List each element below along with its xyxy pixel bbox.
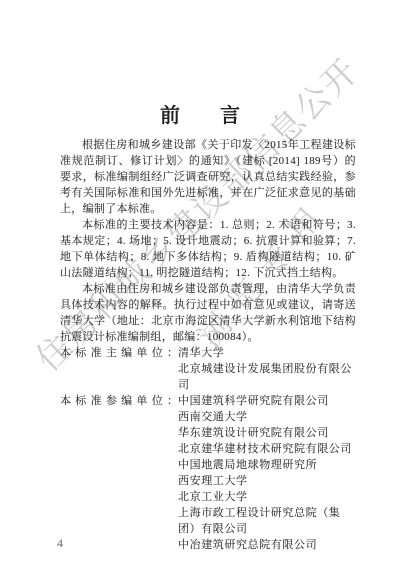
participating-unit-item: 西安理工大学	[178, 473, 356, 489]
chief-unit-item: 清华大学	[178, 345, 356, 361]
document-content: 根据住房和城乡建设部《关于印发〈2015年工程建设标准规范制订、修订计划〉的通知…	[60, 137, 356, 553]
participating-units-row: 本标准参编单位： 中国建筑科学研究院有限公司西南交通大学华东建筑设计研究院有限公…	[60, 393, 356, 553]
chief-units-list: 清华大学北京城建设计发展集团股份有限公司	[178, 345, 356, 393]
document-page: 住房和城乡建设部信息公开 浏览专用 前 言 根据住房和城乡建设部《关于印发〈20…	[0, 0, 400, 579]
participating-unit-item: 北京工业大学	[178, 489, 356, 505]
page-number: 4	[57, 536, 63, 551]
participating-unit-item: 中冶建筑研究总院有限公司	[178, 537, 356, 553]
chief-units-row: 本标准主编单位： 清华大学北京城建设计发展集团股份有限公司	[60, 345, 356, 393]
chief-unit-item: 北京城建设计发展集团股份有限公司	[178, 361, 356, 393]
participating-unit-item: 上海市政工程设计研究总院（集团）有限公司	[178, 505, 356, 537]
chief-units-label: 本标准主编单位：	[60, 345, 178, 361]
participating-unit-item: 西南交通大学	[178, 409, 356, 425]
participating-unit-item: 中国建筑科学研究院有限公司	[178, 393, 356, 409]
participating-units-label: 本标准参编单位：	[60, 393, 178, 409]
paragraph-2: 本标准的主要技术内容是：1. 总则；2. 术语和符号；3. 基本规定；4. 场地…	[60, 217, 356, 281]
paragraph-1: 根据住房和城乡建设部《关于印发〈2015年工程建设标准规范制订、修订计划〉的通知…	[60, 137, 356, 217]
participating-unit-item: 中国地震局地球物理研究所	[178, 457, 356, 473]
paragraph-3: 本标准由住房和城乡建设部负责管理，由清华大学负责具体技术内容的解释。执行过程中如…	[60, 281, 356, 345]
participating-unit-item: 华东建筑设计研究院有限公司	[178, 425, 356, 441]
page-title: 前 言	[0, 99, 400, 128]
participating-units-list: 中国建筑科学研究院有限公司西南交通大学华东建筑设计研究院有限公司北京建华建材技术…	[178, 393, 356, 553]
participating-unit-item: 北京建华建材技术研究院有限公司	[178, 441, 356, 457]
